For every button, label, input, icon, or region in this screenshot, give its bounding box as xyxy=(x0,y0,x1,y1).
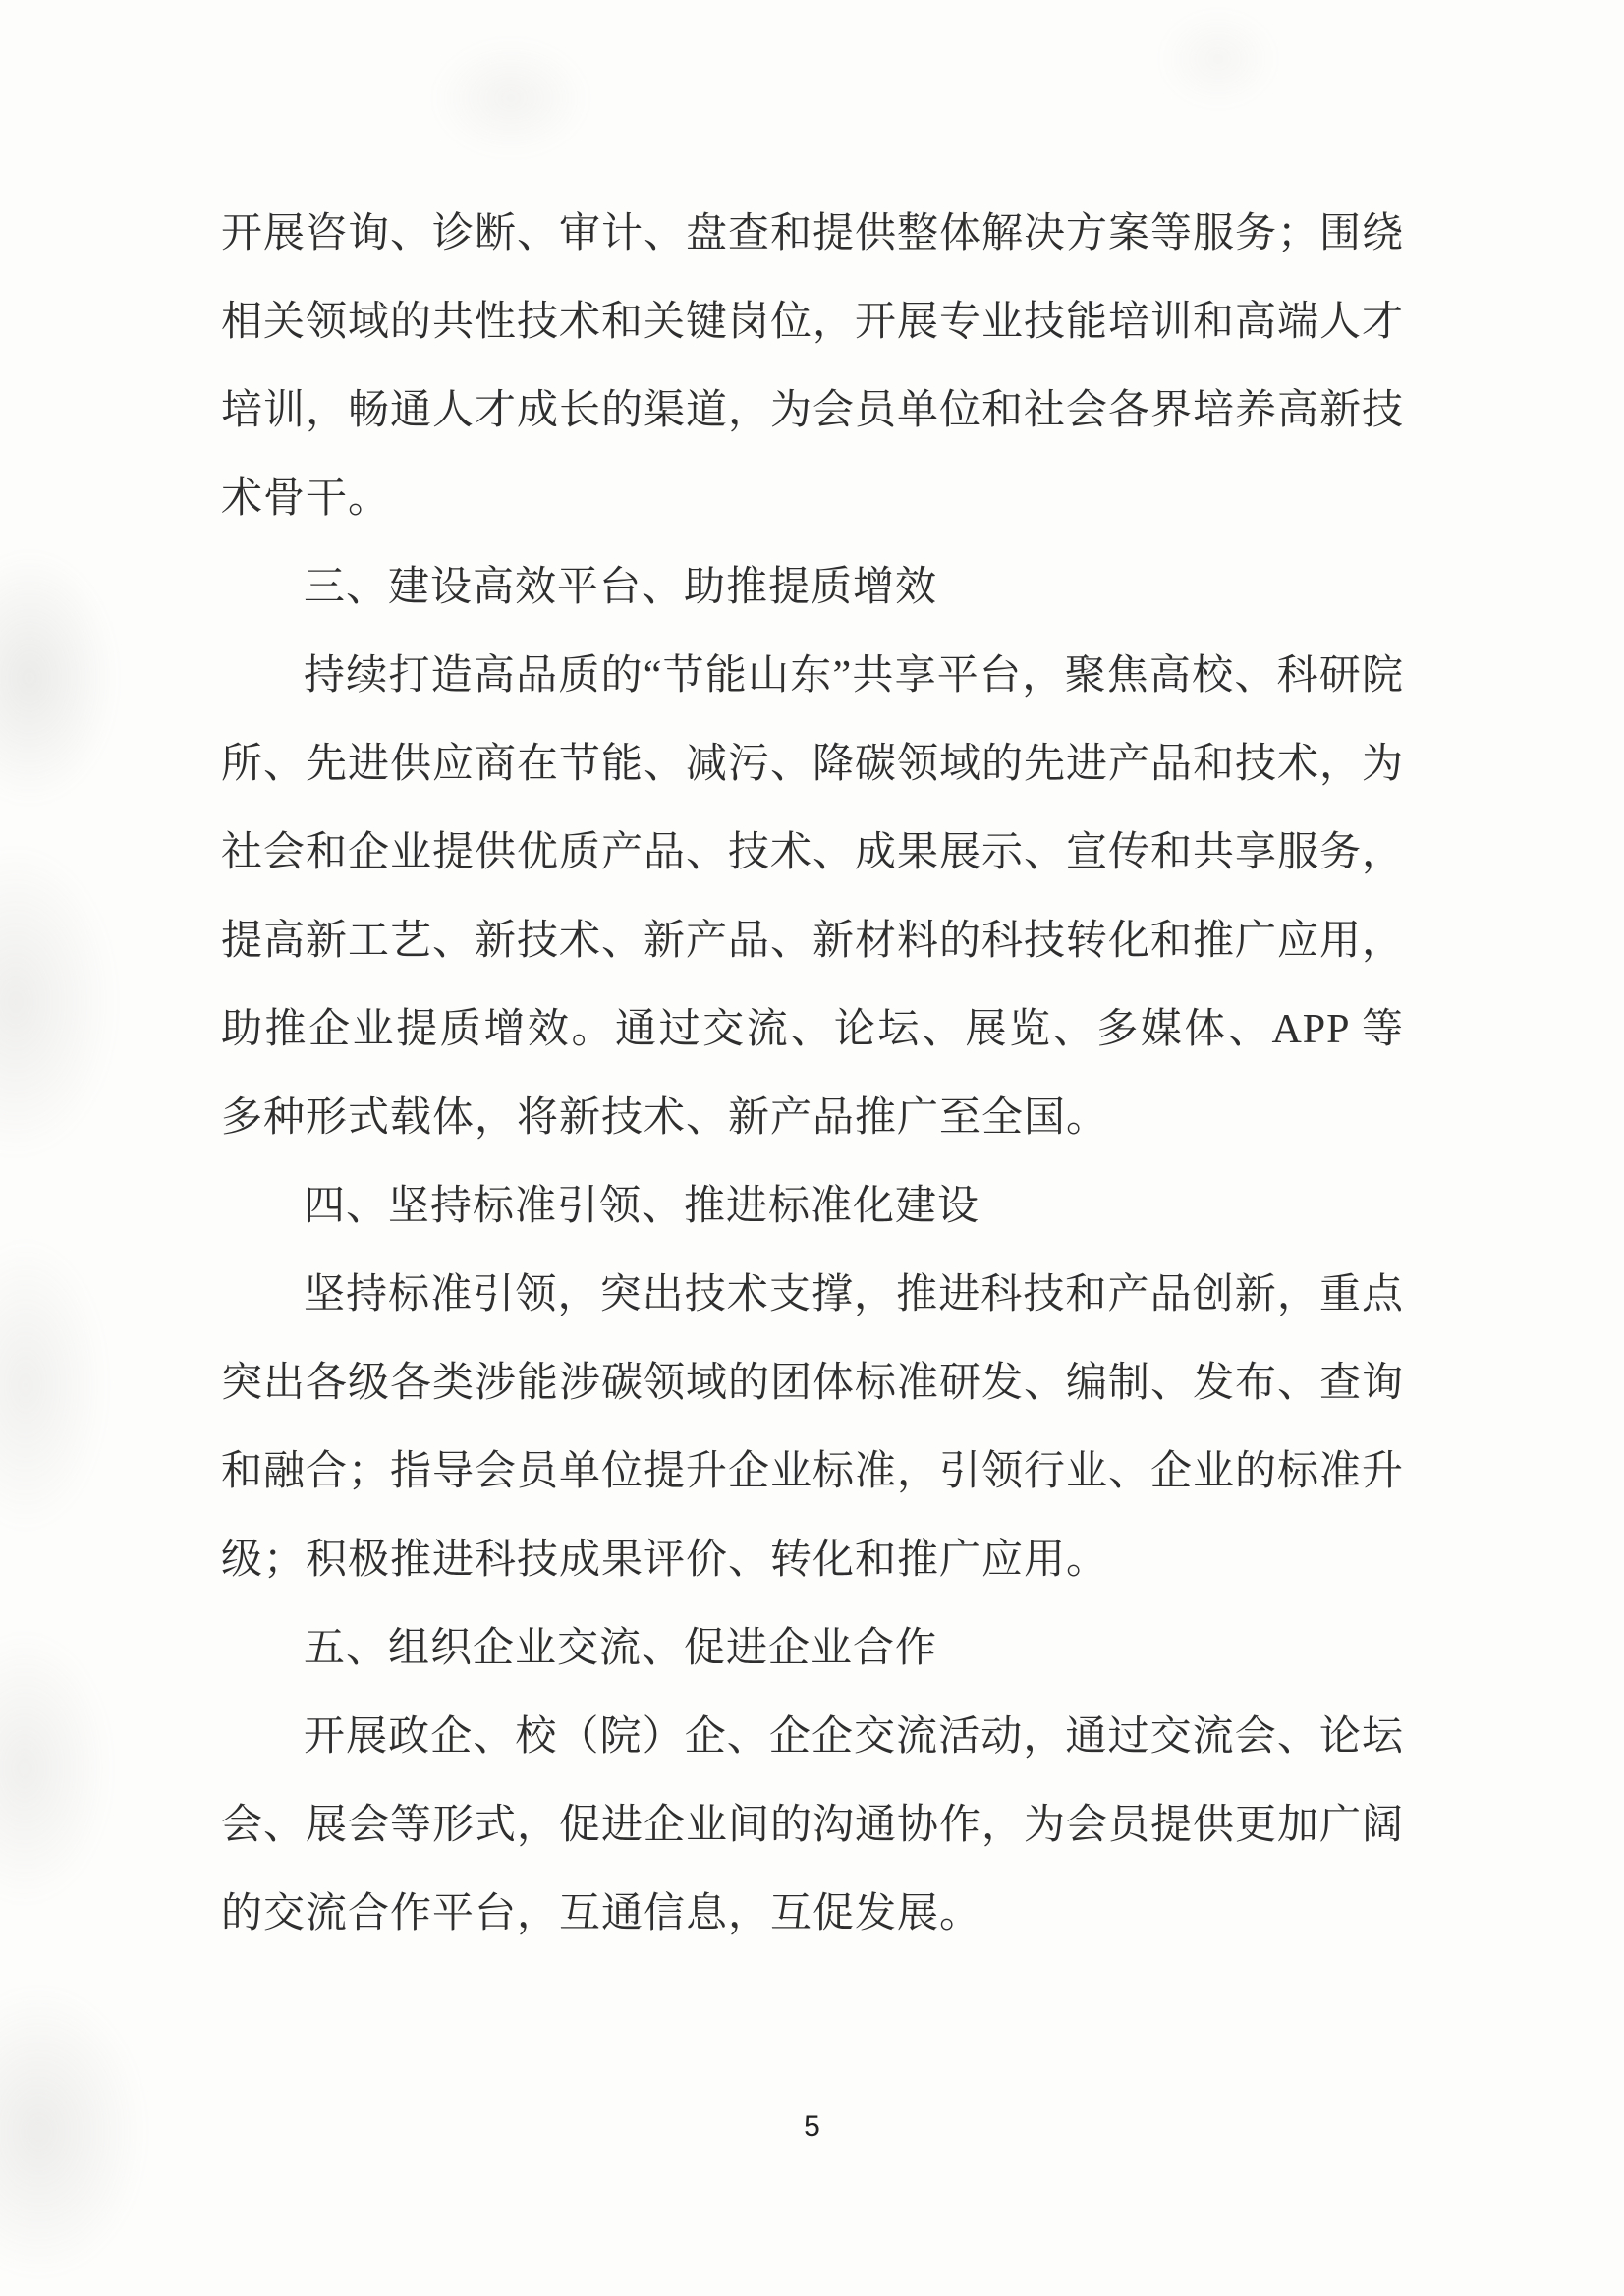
paragraph-section-3: 持续打造高品质的“节能山东”共享平台，聚焦高校、科研院所、先进供应商在节能、减污… xyxy=(221,632,1404,1162)
scan-artifact xyxy=(432,39,589,157)
scan-artifact xyxy=(1159,10,1277,108)
page-number: 5 xyxy=(0,2110,1624,2144)
scan-artifact xyxy=(0,1238,108,1533)
scanned-document-page: 开展咨询、诊断、审计、盘查和提供整体解决方案等服务；围绕相关领域的共性技术和关键… xyxy=(0,0,1624,2296)
section-heading-5: 五、组织企业交流、促进企业合作 xyxy=(221,1604,1404,1693)
section-heading-4: 四、坚持标准引领、推进标准化建设 xyxy=(221,1162,1404,1251)
paragraph-section-4: 坚持标准引领，突出技术支撑，推进科技和产品创新，重点突出各级各类涉能涉碳领域的团… xyxy=(221,1251,1404,1604)
scan-artifact xyxy=(0,845,118,1159)
scan-artifact xyxy=(0,1631,113,1906)
paragraph-continuation: 开展咨询、诊断、审计、盘查和提供整体解决方案等服务；围绕相关领域的共性技术和关键… xyxy=(221,190,1404,543)
paragraph-section-5: 开展政企、校（院）企、企企交流活动，通过交流会、论坛会、展会等形式，促进企业间的… xyxy=(221,1693,1404,1958)
section-heading-3: 三、建设高效平台、助推提质增效 xyxy=(221,543,1404,632)
text-block: 开展咨询、诊断、审计、盘查和提供整体解决方案等服务；围绕相关领域的共性技术和关键… xyxy=(221,190,1404,1958)
scan-artifact xyxy=(0,550,118,806)
